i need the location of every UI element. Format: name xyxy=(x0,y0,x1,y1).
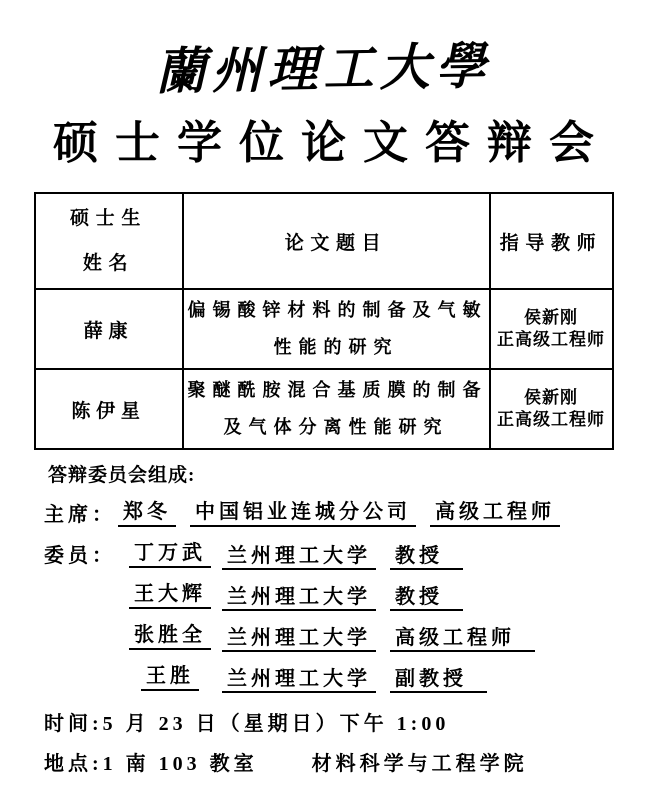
advisor-name: 侯新刚 xyxy=(495,387,608,409)
chair-name: 郑冬 xyxy=(118,495,176,527)
committee-member-line: 王大辉 兰州理工大学 教授 xyxy=(44,583,647,609)
member-name: 丁万武 xyxy=(129,536,211,568)
member-title: 教授 xyxy=(390,545,463,570)
member-affiliation: 兰州理工大学 xyxy=(222,668,376,693)
student-name: 陈伊星 xyxy=(35,369,183,449)
header-student-line1: 硕士生 xyxy=(40,196,178,241)
member-affiliation: 兰州理工大学 xyxy=(222,586,376,611)
advisor-name: 侯新刚 xyxy=(495,307,608,329)
header-student-name: 硕士生 姓名 xyxy=(35,193,183,289)
chair-title: 高级工程师 xyxy=(430,495,560,527)
committee-member-line: 王胜 兰州理工大学 副教授 xyxy=(44,665,647,691)
member-title: 教授 xyxy=(390,586,463,611)
member-name: 张胜全 xyxy=(129,618,211,650)
advisor-title: 正高级工程师 xyxy=(495,329,608,351)
table-header-row: 硕士生 姓名 论文题目 指导教师 xyxy=(35,193,613,289)
department-text: 材料科学与工程学院 xyxy=(312,747,528,773)
time-line: 时间:5 月 23 日（星期日）下午 1:00 xyxy=(44,707,647,733)
member-affiliation: 兰州理工大学 xyxy=(222,627,376,652)
thesis-title: 偏锡酸锌材料的制备及气敏 性能的研究 xyxy=(183,289,490,369)
committee-member-line: 张胜全 兰州理工大学 高级工程师 xyxy=(44,624,647,650)
footer-section: 时间:5 月 23 日（星期日）下午 1:00 地点:1 南 103 教室 材料… xyxy=(44,707,647,773)
member-label: 委员： xyxy=(44,539,118,568)
location-text: 地点:1 南 103 教室 xyxy=(44,747,258,773)
advisor-cell: 侯新刚 正高级工程师 xyxy=(490,369,613,449)
header-advisor: 指导教师 xyxy=(490,193,613,289)
table-row: 陈伊星 聚醚酰胺混合基质膜的制备 及气体分离性能研究 侯新刚 正高级工程师 xyxy=(35,369,613,449)
page-title: 硕士学位论文答辩会 xyxy=(0,116,647,170)
committee-heading: 答辩委员会组成: xyxy=(48,460,647,486)
location-line: 地点:1 南 103 教室 材料科学与工程学院 xyxy=(44,747,647,773)
thesis-title-line2: 及气体分离性能研究 xyxy=(188,409,485,446)
thesis-title-line2: 性能的研究 xyxy=(188,329,485,366)
university-logo-calligraphy: 蘭州理工大學 xyxy=(0,30,647,107)
time-text: 时间:5 月 23 日（星期日）下午 1:00 xyxy=(44,707,449,733)
header-thesis-title: 论文题目 xyxy=(183,193,490,289)
committee-section: 答辩委员会组成: 主席： 郑冬 中国铝业连城分公司 高级工程师 委员： 丁万武 … xyxy=(44,460,647,691)
table-row: 薛康 偏锡酸锌材料的制备及气敏 性能的研究 侯新刚 正高级工程师 xyxy=(35,289,613,369)
header-student-line2: 姓名 xyxy=(40,241,178,286)
defense-announcement-page: 蘭州理工大學 硕士学位论文答辩会 硕士生 姓名 论文题目 指导教师 薛康 偏锡酸… xyxy=(0,0,647,792)
defense-table: 硕士生 姓名 论文题目 指导教师 薛康 偏锡酸锌材料的制备及气敏 性能的研究 侯… xyxy=(34,192,614,450)
committee-member-line: 委员： 丁万武 兰州理工大学 教授 xyxy=(44,542,647,568)
thesis-title: 聚醚酰胺混合基质膜的制备 及气体分离性能研究 xyxy=(183,369,490,449)
member-affiliation: 兰州理工大学 xyxy=(222,545,376,570)
location-gap xyxy=(258,747,312,773)
chair-affiliation: 中国铝业连城分公司 xyxy=(190,495,416,527)
member-title: 高级工程师 xyxy=(390,627,535,652)
member-title: 副教授 xyxy=(390,668,487,693)
thesis-title-line1: 聚醚酰胺混合基质膜的制备 xyxy=(188,372,485,409)
student-name: 薛康 xyxy=(35,289,183,369)
thesis-title-line1: 偏锡酸锌材料的制备及气敏 xyxy=(188,292,485,329)
advisor-title: 正高级工程师 xyxy=(495,409,608,431)
advisor-cell: 侯新刚 正高级工程师 xyxy=(490,289,613,369)
committee-chair-line: 主席： 郑冬 中国铝业连城分公司 高级工程师 xyxy=(44,501,647,527)
member-name: 王胜 xyxy=(141,659,199,691)
chair-label: 主席： xyxy=(44,498,118,527)
member-name: 王大辉 xyxy=(129,577,211,609)
